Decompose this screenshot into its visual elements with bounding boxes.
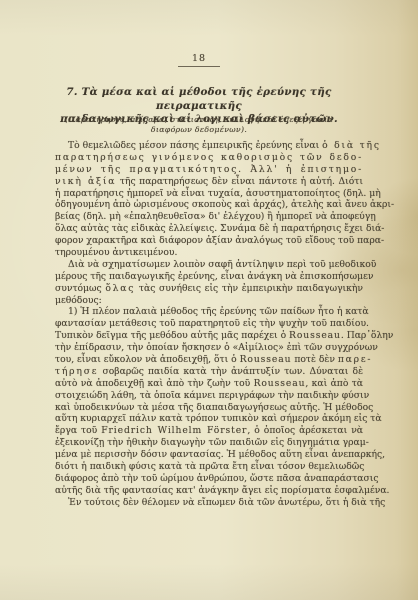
text-line: Τυπικὸν δεῖγμα τῆς μεθόδου αὐτῆς μᾶς παρ… [55,330,363,342]
text-line: συντόμως ὅλας τὰς συνήθεις εἰς τὴν ἐμπει… [55,283,363,295]
text-segment: ὅλας [105,283,135,294]
latin-name: Friedrich Wilhelm Förster [101,425,247,436]
text-segment: διότι ἡ παιδικὴ φύσις κατὰ τὰ πρῶτα ἔτη … [55,461,364,472]
paragraph: Διὰ νὰ σχηματίσωμεν λοιπὸν σαφῆ ἀντίληψι… [55,259,363,307]
text-line: μένα μὲ περισσὴν δόσιν φαντασίας. Ἡ μέθο… [55,449,363,461]
text-segment: . Παρ᾽ὅλην [341,330,394,341]
latin-name: Rousseau [240,354,292,365]
paragraph: Τὸ θεμελιῶδες μέσον πάσης ἐμπειρικῆς ἐρε… [55,140,363,259]
text-line: ἔργα τοῦ Friedrich Wilhelm Förster, ὁ ὁπ… [55,425,363,437]
text-segment: , καὶ ἀπὸ τὰ [305,378,363,389]
text-line: στοιχειώδη λάθη, τὰ ὁποῖα κάμνει περιγρά… [55,390,363,402]
text-segment: 1) Ἡ πλέον παλαιὰ μέθοδος τῆς ἐρεύνης τῶ… [68,306,369,317]
text-segment: φαντασίαν μετάθεσις τοῦ παρατηρητοῦ εἰς … [55,318,369,329]
text-segment: διάφορος ἀπὸ τὴν τοῦ ὡρίμου ἀνθρώπου, ὥσ… [55,473,379,484]
text-segment: αὐτῆς διὰ τῆς φαντασίας κατ' ἀνάγκην ἄγε… [55,485,389,496]
text-line: ὅλας αὐτὰς τὰς εἰδικὰς ἐλλείψεις. Συνάμα… [55,223,363,235]
text-segment: Ἐν τούτοις δὲν θέλομεν νὰ εἴπωμεν διὰ τῶ… [68,497,385,508]
text-segment: Τυπικὸν δεῖγμα τῆς μεθόδου αὐτῆς μᾶς παρ… [55,330,289,341]
text-segment: μεθόδους: [55,295,102,306]
scanned-book-page: 18 7. Τὰ μέσα καὶ αἱ μέθοδοι τῆς ἐρεύνης… [0,0,418,600]
text-segment: μένων τῆς πραγματικότητος. Ἀλλ' ἡ ἐπιστη… [55,164,363,175]
text-segment: σοβαρῶς παιδία κατὰ τὴν ἀνάπτυξίν των. Δ… [98,366,363,377]
text-line: ὁδηγουμένη ἀπὸ ὡρισμένους σκοποὺς καὶ ἀρ… [55,199,363,211]
text-segment: ἔργα τοῦ [55,425,101,436]
text-segment: τῆς παρατηρήσεως δὲν εἶναι πάντοτε ἡ αὐτ… [116,176,363,187]
text-segment: Διὰ νὰ σχηματίσωμεν λοιπὸν σαφῆ ἀντίληψι… [68,259,376,270]
text-segment: βείας (δηλ. μὴ «ἐπαληθευθεῖσα» δι' ἐλέγχ… [55,211,376,222]
text-segment: ὁ διὰ τῆς [322,140,381,151]
text-segment: ὁδηγουμένη ἀπὸ ὡρισμένους σκοποὺς καὶ ἀρ… [55,199,394,210]
text-segment: φορον χαρακτῆρα καὶ διάφορον ἀξίαν ἀναλό… [55,235,384,246]
text-line: βείας (δηλ. μὴ «ἐπαληθευθεῖσα» δι' ἐλέγχ… [55,211,363,223]
heading-line-1: 7. Τὰ μέσα καὶ αἱ μέθοδοι τῆς ἐρεύνης τῆ… [30,86,368,113]
text-line: τὴν ἐπίδρασιν, τὴν ὁποίαν ἤσκησεν ὁ «Αἰμ… [55,342,363,354]
text-segment: του, εἶναι εὔκολον νὰ ἀποδειχθῇ, ὅτι ὁ [55,354,240,365]
latin-name: Rousseau [254,378,306,389]
text-line: 1) Ἡ πλέον παλαιὰ μέθοδος τῆς ἐρεύνης τῶ… [55,306,363,318]
text-segment: μένα μὲ περισσὴν δόσιν φαντασίας. Ἡ μέθο… [55,449,385,460]
text-line: αὐτῆς διὰ τῆς φαντασίας κατ' ἀνάγκην ἄγε… [55,485,363,497]
text-line: Ἐν τούτοις δὲν θέλομεν νὰ εἴπωμεν διὰ τῶ… [55,497,363,509]
text-segment: , ὁ ὁποῖος ἀρέσκεται νὰ [247,425,363,436]
text-line: τήρησε σοβαρῶς παιδία κατὰ τὴν ἀνάπτυξίν… [55,366,363,378]
text-segment: Τὸ θεμελιῶδες μέσον πάσης ἐμπειρικῆς ἐρε… [68,140,322,151]
text-segment: τὰς συνήθεις εἰς τὴν ἐμπειρικὴν παιδαγωγ… [135,283,363,294]
page-number-text: 18 [178,53,220,67]
subheading-line-2: διαφόρων δεδομένων). [40,125,358,135]
text-segment: ἡ παρατήρησις ἠμπορεῖ νὰ εἶναι τυχαία, ἀ… [55,188,381,199]
text-segment: τὴν ἐπίδρασιν, τὴν ὁποίαν ἤσκησεν ὁ «Αἰμ… [55,342,378,353]
text-line: ἡ παρατήρησις ἠμπορεῖ νὰ εἶναι τυχαία, ἀ… [55,188,363,200]
text-segment: νικὴ ἀξία [55,176,116,187]
latin-name: Rousseau [289,330,341,341]
text-segment: τηρουμένου ἀντικειμένου. [55,247,177,258]
text-segment: αὐτὸ νὰ ἀποδειχθῇ καὶ ἀπὸ τὴν ζωὴν τοῦ [55,378,254,389]
text-line: Διὰ νὰ σχηματίσωμεν λοιπὸν σαφῆ ἀντίληψι… [55,259,363,271]
subheading-line-1: (Παρατήρησις, πείραμα, στατιστική, συλλο… [40,115,358,125]
text-segment: ποτὲ δὲν [291,354,337,365]
text-line: διάφορος ἀπὸ τὴν τοῦ ὡρίμου ἀνθρώπου, ὥσ… [55,473,363,485]
text-segment: τήρησε [55,366,98,377]
text-line: μέρους τῆς παιδαγωγικῆς ἐρεύνης, εἶναι ἀ… [55,271,363,283]
text-line: παρατηρήσεως γινόμενος καθορισμὸς τῶν δε… [55,152,363,164]
text-segment: καὶ ὑποδεικνύων τὰ μέσα τῆς διαπαιδαγωγή… [55,402,373,413]
text-line: ἐξεικονίζῃ τὴν ἠθικὴν διαγωγὴν τῶν παιδι… [55,437,363,449]
body-text: Τὸ θεμελιῶδες μέσον πάσης ἐμπειρικῆς ἐρε… [55,140,363,509]
text-segment: παρε- [338,354,373,365]
text-line: νικὴ ἀξία τῆς παρατηρήσεως δὲν εἶναι πάν… [55,176,363,188]
text-line: του, εἶναι εὔκολον νὰ ἀποδειχθῇ, ὅτι ὁ R… [55,354,363,366]
text-line: Τὸ θεμελιῶδες μέσον πάσης ἐμπειρικῆς ἐρε… [55,140,363,152]
text-line: μένων τῆς πραγματικότητος. Ἀλλ' ἡ ἐπιστη… [55,164,363,176]
text-line: αὕτη κυριαρχεῖ πάλιν κατὰ τρόπον τυπικὸν… [55,413,363,425]
text-line: φαντασίαν μετάθεσις τοῦ παρατηρητοῦ εἰς … [55,318,363,330]
text-segment: ἐξεικονίζῃ τὴν ἠθικὴν διαγωγὴν τῶν παιδι… [55,437,369,448]
text-segment: ὅλας αὐτὰς τὰς εἰδικὰς ἐλλείψεις. Συνάμα… [55,223,384,234]
text-segment: παρατηρήσεως γινόμενος καθορισμὸς τῶν δε… [55,152,363,163]
paragraph: Ἐν τούτοις δὲν θέλομεν νὰ εἴπωμεν διὰ τῶ… [55,497,363,509]
text-segment: στοιχειώδη λάθη, τὰ ὁποῖα κάμνει περιγρά… [55,390,369,401]
text-line: μεθόδους: [55,295,363,307]
text-segment: μέρους τῆς παιδαγωγικῆς ἐρεύνης, εἶναι ἀ… [55,271,373,282]
text-line: τηρουμένου ἀντικειμένου. [55,247,363,259]
text-segment: συντόμως [55,283,105,294]
text-segment: αὕτη κυριαρχεῖ πάλιν κατὰ τρόπον τυπικὸν… [55,413,382,424]
text-line: καὶ ὑποδεικνύων τὰ μέσα τῆς διαπαιδαγωγή… [55,402,363,414]
text-line: αὐτὸ νὰ ἀποδειχθῇ καὶ ἀπὸ τὴν ζωὴν τοῦ R… [55,378,363,390]
paragraph: 1) Ἡ πλέον παλαιὰ μέθοδος τῆς ἐρεύνης τῶ… [55,306,363,496]
text-line: διότι ἡ παιδικὴ φύσις κατὰ τὰ πρῶτα ἔτη … [55,461,363,473]
text-line: φορον χαρακτῆρα καὶ διάφορον ἀξίαν ἀναλό… [55,235,363,247]
page-number: 18 [0,46,398,67]
section-subheading: (Παρατήρησις, πείραμα, στατιστική, συλλο… [40,115,358,134]
